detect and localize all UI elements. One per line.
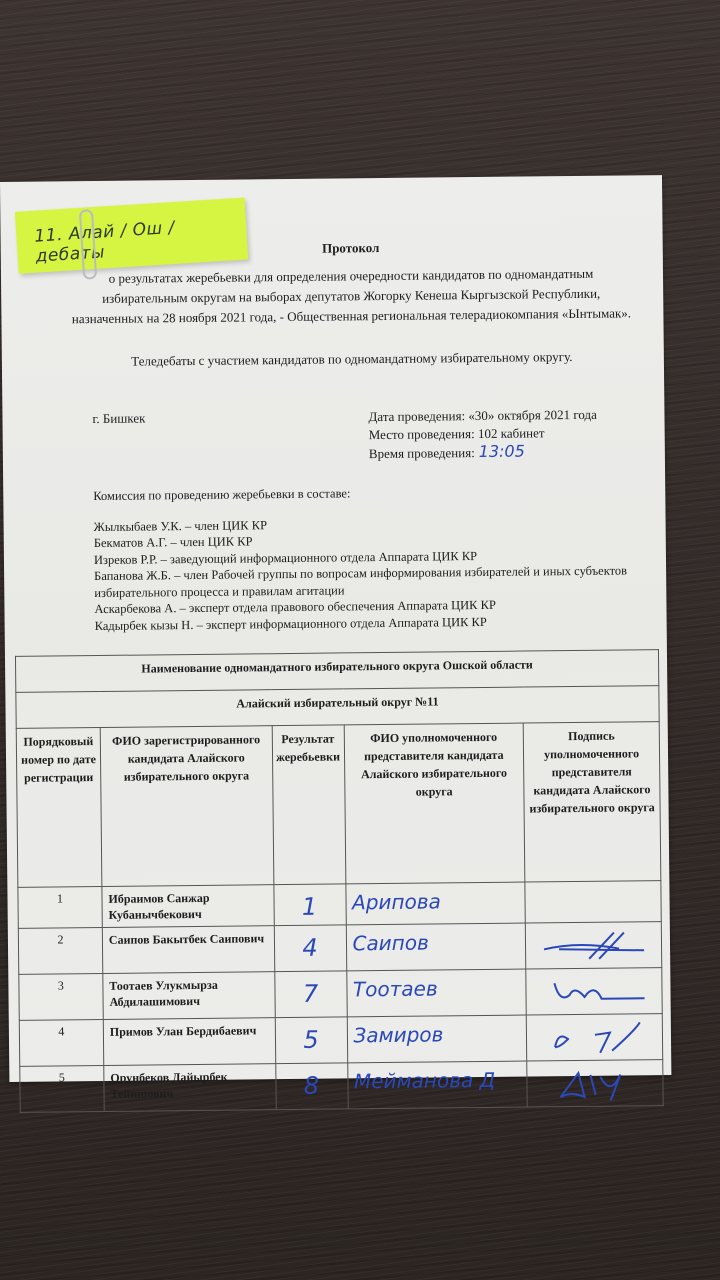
col-header-result: Результат жеребьевки xyxy=(272,725,346,885)
draw-result: 4 xyxy=(274,925,346,972)
reg-number: 3 xyxy=(19,973,103,1020)
document-subtitle: о результатах жеребьевки для определения… xyxy=(71,263,632,329)
sticky-note: 11. Алай / Ош / дебаты xyxy=(15,197,248,273)
signature-icon xyxy=(525,922,661,969)
signature-icon xyxy=(526,968,662,1015)
reg-number: 4 xyxy=(19,1019,103,1066)
representative-name: Тоотаев xyxy=(346,969,526,1017)
time-line: Время проведения:13:05 xyxy=(369,442,598,463)
table-row: 1 Ибраимов Санжар Кубанычбекович 1 Арипо… xyxy=(18,881,661,929)
draw-result: 1 xyxy=(273,884,345,926)
col-header-candidate: ФИО зарегистрированного кандидата Алайск… xyxy=(100,726,273,887)
representative-name: Мейманова Д xyxy=(347,1061,527,1109)
draw-results-table: Наименование одномандатного избирательно… xyxy=(15,649,664,1113)
debates-line: Теледебаты с участием кандидатов по одно… xyxy=(72,348,632,370)
time-label: Время проведения: xyxy=(369,445,475,461)
col-header-signature: Подпись уполномоченного представителя ка… xyxy=(523,722,661,882)
table-row: 3 Тоотаев Улукмырза Абдилашимович 7 Тоот… xyxy=(19,968,662,1021)
table-row: 5 Орунбеков Дайырбек Тейишович 8 Меймано… xyxy=(20,1060,663,1113)
candidate-name: Тоотаев Улукмырза Абдилашимович xyxy=(103,972,275,1020)
candidate-name: Ибраимов Санжар Кубанычбекович xyxy=(102,885,274,928)
table-row: 4 Примов Улан Бердибаевич 5 Замиров xyxy=(19,1014,662,1067)
candidate-name: Орунбеков Дайырбек Тейишович xyxy=(104,1064,276,1112)
table-row: 2 Саипов Бакытбек Саипович 4 Саипов xyxy=(18,922,661,975)
representative-name: Замиров xyxy=(347,1015,527,1063)
column-headers: Порядковый номер по дате регистрации ФИО… xyxy=(16,722,661,888)
reg-number: 1 xyxy=(18,886,102,928)
commission-block: Комиссия по проведению жеребьевки в сост… xyxy=(93,482,634,634)
draw-result: 7 xyxy=(274,971,346,1018)
commission-heading: Комиссия по проведению жеребьевки в сост… xyxy=(93,482,633,504)
reg-number: 2 xyxy=(18,927,102,974)
candidate-name: Саипов Бакытбек Саипович xyxy=(102,926,274,974)
draw-result: 8 xyxy=(275,1063,347,1110)
reg-number: 5 xyxy=(20,1065,104,1112)
candidate-name: Примов Улан Бердибаевич xyxy=(103,1018,275,1066)
representative-name: Саипов xyxy=(346,923,526,971)
signature-icon xyxy=(526,1014,662,1061)
protocol-document: 11. Алай / Ош / дебаты Протокол о резуль… xyxy=(0,175,671,1082)
signature-icon xyxy=(527,1060,663,1107)
event-meta: Дата проведения: «30» октября 2021 года … xyxy=(368,406,597,463)
city: г. Бишкек xyxy=(92,410,145,427)
draw-result: 5 xyxy=(275,1017,347,1064)
date-line: Дата проведения: «30» октября 2021 года xyxy=(368,406,597,426)
col-header-reg-number: Порядковый номер по дате регистрации xyxy=(16,727,102,887)
representative-name: Арипова xyxy=(345,882,525,925)
signature xyxy=(525,881,661,923)
col-header-representative: ФИО уполномоченного представителя кандид… xyxy=(344,723,525,884)
time-value: 13:05 xyxy=(479,442,525,461)
